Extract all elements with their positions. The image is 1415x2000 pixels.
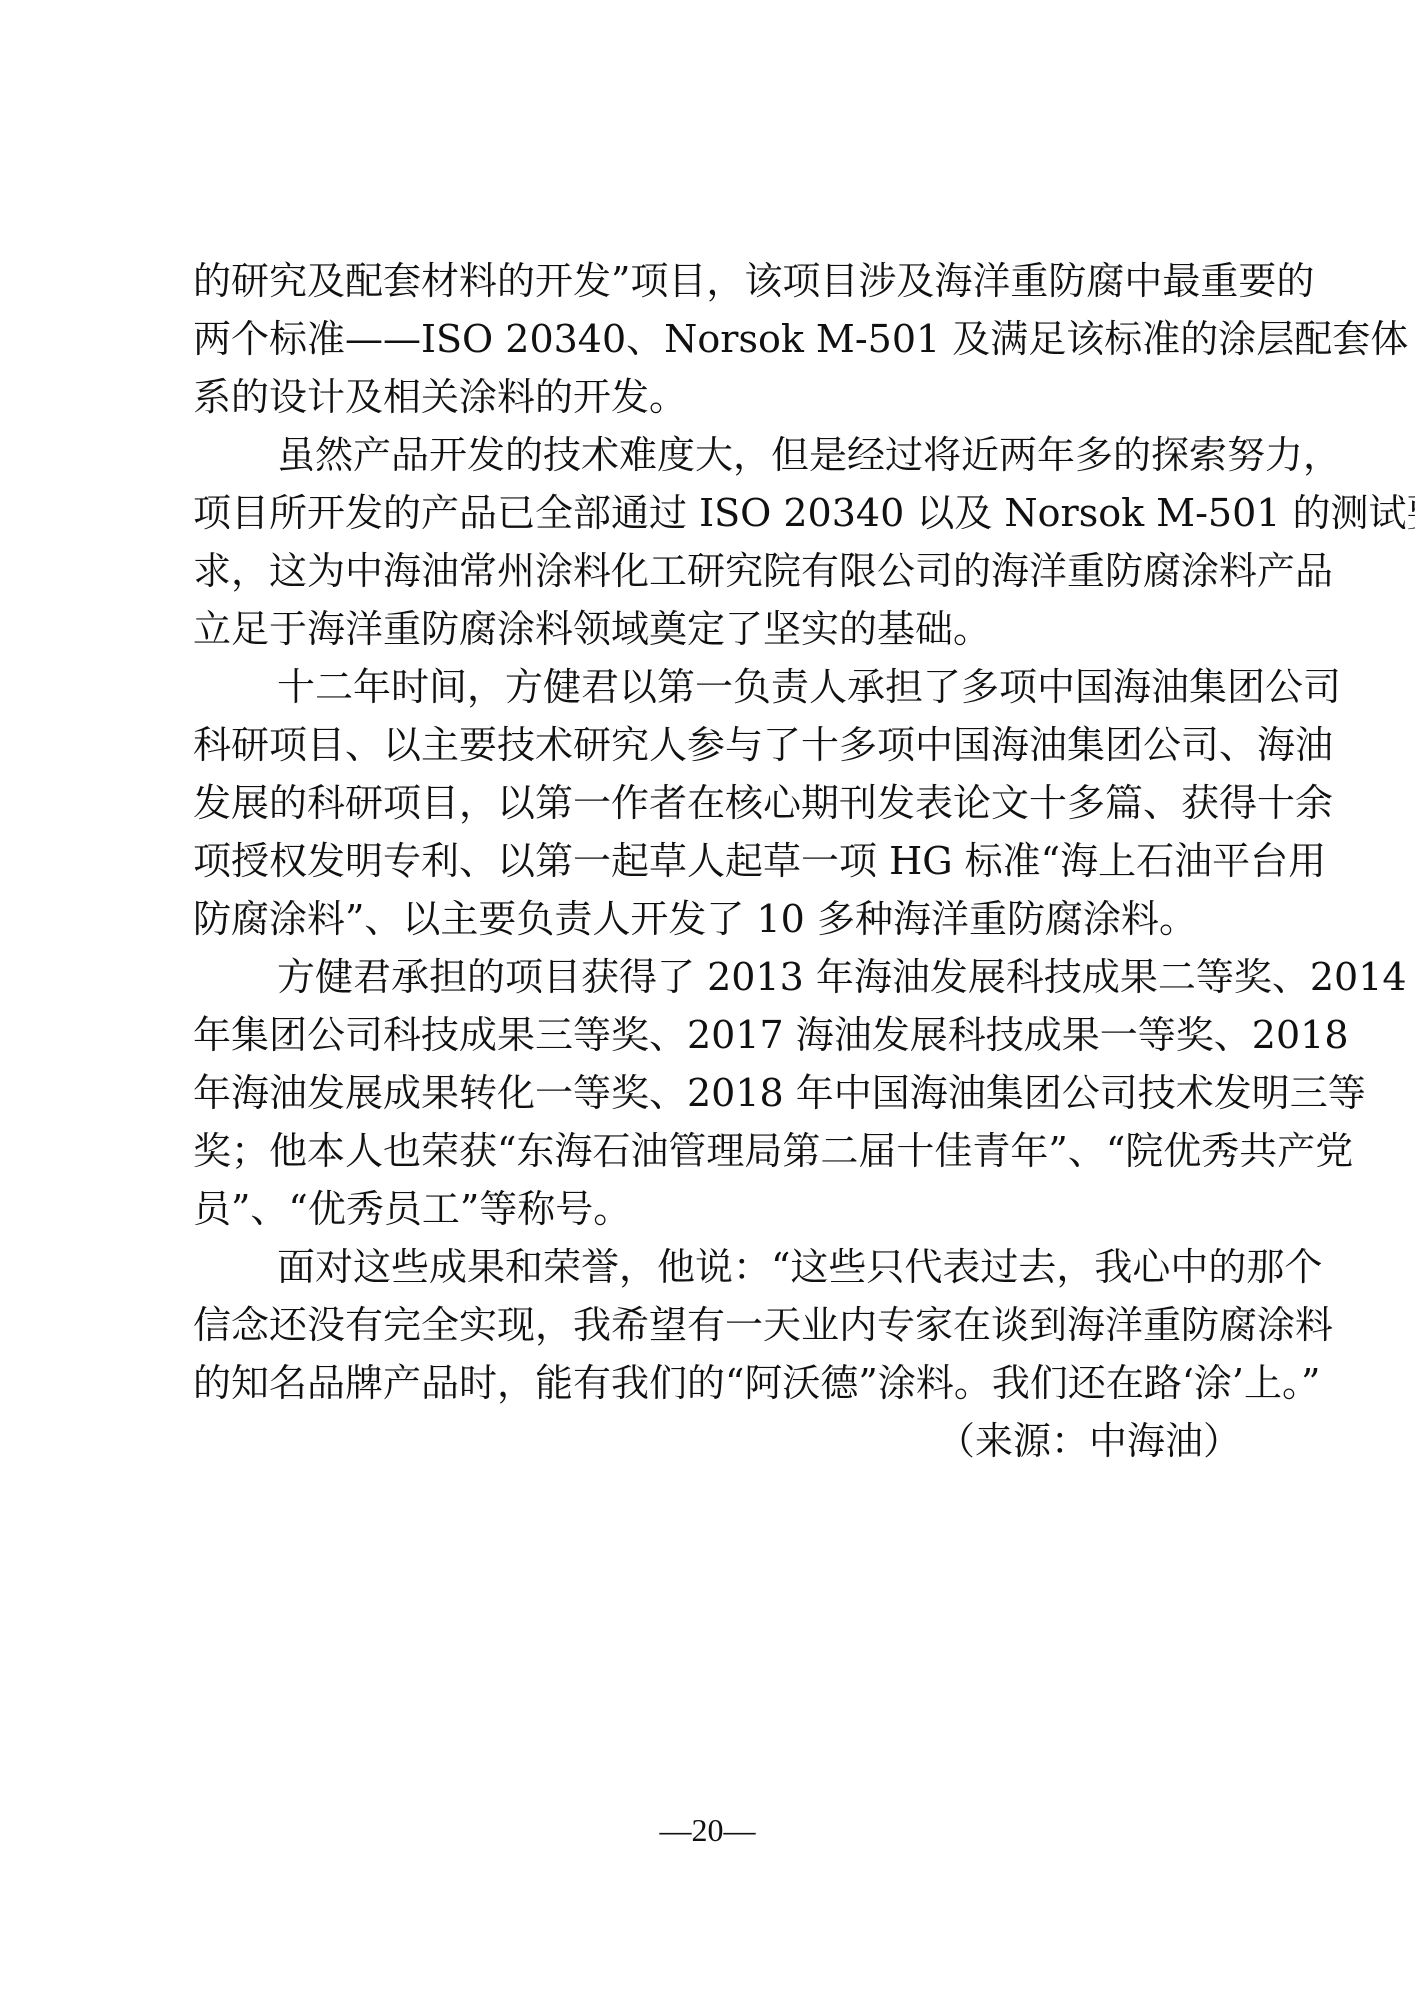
text-line: 项授权发明专利、以第一起草人起草一项 HG 标准“海上石油平台用	[193, 832, 1241, 890]
text-line: 信念还没有完全实现，我希望有一天业内专家在谈到海洋重防腐涂料	[193, 1296, 1241, 1354]
page-number: —20—	[0, 1812, 1415, 1849]
document-page: 的研究及配套材料的开发”项目，该项目涉及海洋重防腐中最重要的 两个标准——ISO…	[0, 0, 1415, 2000]
article-body: 的研究及配套材料的开发”项目，该项目涉及海洋重防腐中最重要的 两个标准——ISO…	[193, 252, 1241, 1470]
text-line: 系的设计及相关涂料的开发。	[193, 368, 1241, 426]
text-line-paragraph-start: 方健君承担的项目获得了 2013 年海油发展科技成果二等奖、2014	[193, 948, 1241, 1006]
text-line: 求，这为中海油常州涂料化工研究院有限公司的海洋重防腐涂料产品	[193, 542, 1241, 600]
text-line: 发展的科研项目，以第一作者在核心期刊发表论文十多篇、获得十余	[193, 774, 1241, 832]
text-line: 奖；他本人也荣获“东海石油管理局第二届十佳青年”、“院优秀共产党	[193, 1122, 1241, 1180]
text-line: 的知名品牌产品时，能有我们的“阿沃德”涂料。我们还在路‘涂’上。”	[193, 1354, 1241, 1412]
text-line-paragraph-start: 面对这些成果和荣誉，他说：“这些只代表过去，我心中的那个	[193, 1238, 1241, 1296]
source-attribution: （来源：中海油）	[193, 1412, 1241, 1470]
text-line: 的研究及配套材料的开发”项目，该项目涉及海洋重防腐中最重要的	[193, 252, 1241, 310]
text-line-paragraph-start: 虽然产品开发的技术难度大，但是经过将近两年多的探索努力，	[193, 426, 1241, 484]
text-line: 员”、“优秀员工”等称号。	[193, 1180, 1241, 1238]
text-line: 科研项目、以主要技术研究人参与了十多项中国海油集团公司、海油	[193, 716, 1241, 774]
text-line: 年海油发展成果转化一等奖、2018 年中国海油集团公司技术发明三等	[193, 1064, 1241, 1122]
text-line: 年集团公司科技成果三等奖、2017 海油发展科技成果一等奖、2018	[193, 1006, 1241, 1064]
text-line-paragraph-start: 十二年时间，方健君以第一负责人承担了多项中国海油集团公司	[193, 658, 1241, 716]
text-line: 防腐涂料”、以主要负责人开发了 10 多种海洋重防腐涂料。	[193, 890, 1241, 948]
text-line: 项目所开发的产品已全部通过 ISO 20340 以及 Norsok M-501 …	[193, 484, 1241, 542]
text-line: 立足于海洋重防腐涂料领域奠定了坚实的基础。	[193, 600, 1241, 658]
text-line: 两个标准——ISO 20340、Norsok M-501 及满足该标准的涂层配套…	[193, 310, 1241, 368]
